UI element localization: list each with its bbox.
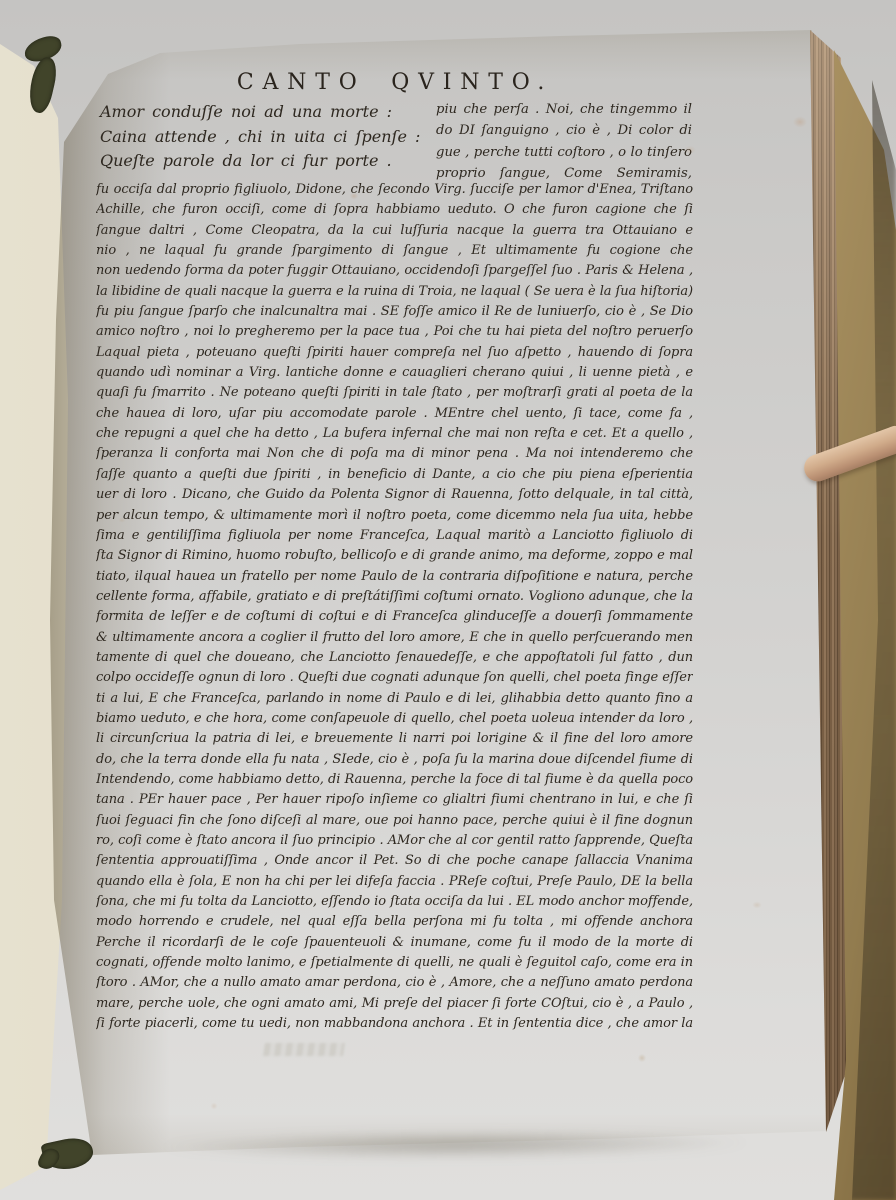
text-line: gue , perche tutti coſtoro , o lo tinſer… — [436, 142, 692, 163]
text-line: Achille, che furon occiſi, come di ſopra… — [96, 200, 693, 220]
text-line: & ultimamente ancora a coglier il frutto… — [96, 628, 693, 648]
text-line: modo horrendo e crudele, nel qual eſſa b… — [96, 912, 693, 932]
text-line: fu piu ſangue ſparſo che inalcunaltra ma… — [96, 302, 693, 322]
commentary-right-column: piu che perſa . Noi, che tingemmo il mon… — [436, 99, 692, 184]
text-line: do, che la terra donde ella fu nata , SI… — [96, 750, 693, 770]
show-through-smudge — [263, 1043, 345, 1056]
text-line: ſuoi ſeguaci fin che ſono diſceſi al mar… — [96, 811, 693, 831]
text-line: Caina attende , chi in uita ci ſpenſe : — [100, 125, 420, 150]
text-line: la libidine de quali nacque la guerra e … — [96, 282, 693, 302]
text-line: Perche il ricordarſi de le coſe ſpauente… — [96, 933, 693, 953]
text-line: ſententia approuatiſſima , Onde ancor il… — [96, 851, 693, 871]
text-line: ſtoro . AMor, che a nullo amato amar per… — [96, 973, 693, 993]
text-line: ſi forte piacerli, come tu uedi, non mab… — [96, 1014, 693, 1034]
text-line: piu che perſa . Noi, che tingemmo il mon — [436, 99, 692, 120]
text-line: che hauea di loro, uſar piu accomodate p… — [96, 404, 693, 424]
text-line: colpo occideſſe ognun di loro . Queſti d… — [96, 668, 693, 688]
text-line: Laqual pieta , poteuano queſti ſpiriti h… — [96, 343, 693, 363]
text-line: li circunſcriua la patria di lei, e breu… — [96, 729, 693, 749]
text-line: ſaſſe quanto a queſti due ſpiriti , in b… — [96, 465, 693, 485]
text-line: ſperanza li conforta mai Non che di poſa… — [96, 444, 693, 464]
text-line: ſta Signor di Rimino, huomo robuſto, bel… — [96, 546, 693, 566]
text-line: Amor conduſſe noi ad una morte : — [100, 100, 420, 125]
text-line: tana . PEr hauer pace , Per hauer ripoſo… — [96, 790, 693, 810]
text-line: uer di loro . Dicano, che Guido da Polen… — [96, 485, 693, 505]
text-line: non uedendo forma da poter fuggir Ottaui… — [96, 261, 693, 281]
verse-left-column: Amor conduſſe noi ad una morte :Caina at… — [100, 100, 420, 174]
text-line: amico noſtro , noi lo pregheremo per la … — [96, 322, 693, 342]
text-line: che repugni a quel che ha detto , La buf… — [96, 424, 693, 444]
commentary-block: fu occiſa dal proprio figliuolo, Didone,… — [96, 180, 693, 1034]
text-line: ſona, che mi fu tolta da Lanciotto, eſſe… — [96, 892, 693, 912]
text-line: Queſte parole da lor ci fur porte . — [100, 149, 420, 174]
text-line: fu occiſa dal proprio figliuolo, Didone,… — [96, 180, 693, 200]
text-line: quando ella è ſola, E non ha chi per lei… — [96, 872, 693, 892]
text-line: tiato, ilqual hauea un fratello per nome… — [96, 567, 693, 587]
text-line: quaſi fu ſmarrito . Ne poteano queſti ſp… — [96, 383, 693, 403]
text-line: nio , ne laqual fu grande ſpargimento di… — [96, 241, 693, 261]
text-line: Intendendo, come habbiamo detto, di Raue… — [96, 770, 693, 790]
text-line: quando udì nominar a Virg. lantiche donn… — [96, 363, 693, 383]
text-line: ſima e gentiliſſima figliuola per nome F… — [96, 526, 693, 546]
photo-scene: CANTO QVINTO. Amor conduſſe noi ad una m… — [0, 0, 896, 1200]
page-title: CANTO QVINTO. — [95, 70, 695, 95]
text-line: mare, perche uole, che ogni amato ami, M… — [96, 994, 693, 1014]
text-line: cognati, offende molto lanimo, e ſpetial… — [96, 953, 693, 973]
text-line: biamo ueduto, e che hora, come conſapeuo… — [96, 709, 693, 729]
book-page: CANTO QVINTO. Amor conduſſe noi ad una m… — [0, 0, 896, 1200]
text-line: ſangue daltri , Come Cleopatra, da la cu… — [96, 221, 693, 241]
text-line: do DI ſanguigno , cio è , Di color di ſa… — [436, 120, 692, 141]
text-line: ro, coſi come è ſtato ancora il ſuo prin… — [96, 831, 693, 851]
text-line: ti a lui, E che Franceſca, parlando in n… — [96, 689, 693, 709]
text-line: per alcun tempo, & ultimamente morì il n… — [96, 506, 693, 526]
text-line: formita de leſſer e de coſtumi di coſtui… — [96, 607, 693, 627]
text-line: tamente di quel che doueano, che Lanciot… — [96, 648, 693, 668]
text-line: cellente forma, affabile, gratiato e di … — [96, 587, 693, 607]
